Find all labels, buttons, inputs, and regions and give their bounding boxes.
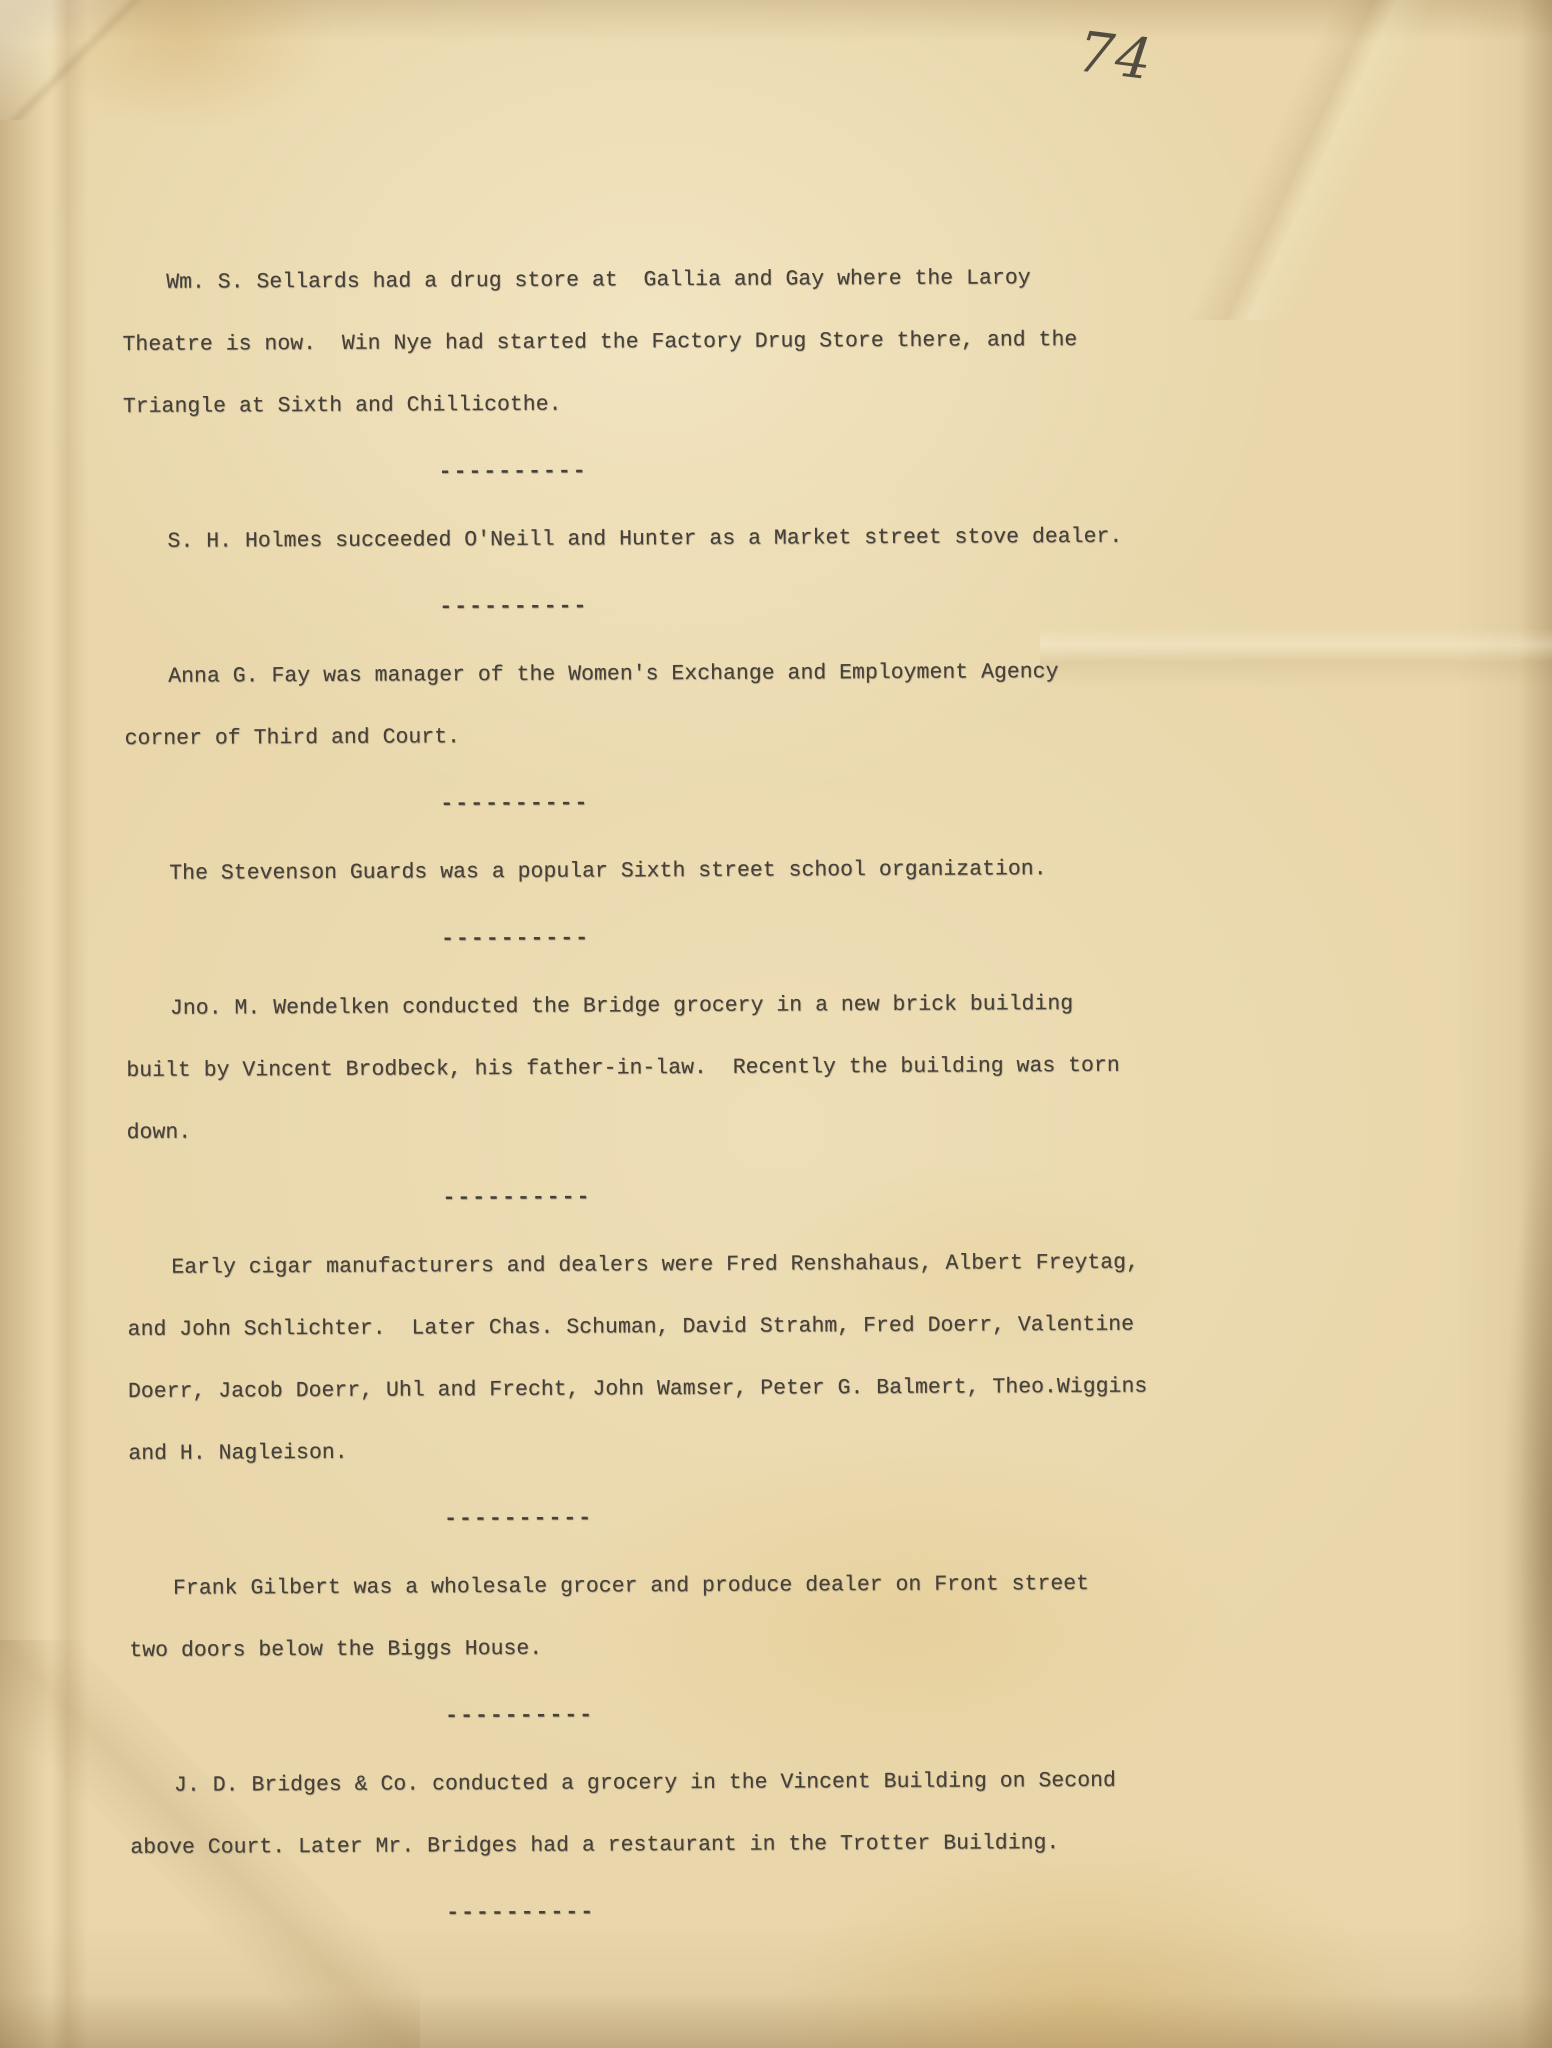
section-divider: ---------- [128, 1484, 1308, 1552]
paragraph-cigar-manufacturers: Early cigar manufacturers and dealers we… [127, 1231, 1308, 1485]
paragraph-holmes: S. H. Holmes succeeded O'Neill and Hunte… [123, 505, 1303, 573]
section-divider: ---------- [131, 1878, 1311, 1946]
paragraph-stevenson-guards: The Stevenson Guards was a popular Sixth… [125, 837, 1305, 905]
paragraph-bridges: J. D. Bridges & Co. conducted a grocery … [130, 1749, 1311, 1879]
text-line: Frank Gilbert was a wholesale grocer and… [129, 1552, 1309, 1620]
text-line: built by Vincent Brodbeck, his father-in… [126, 1034, 1306, 1102]
paragraph-wendelken: Jno. M. Wendelken conducted the Bridge g… [126, 972, 1307, 1164]
section-divider: ---------- [123, 437, 1303, 505]
handwritten-page-number: 74 [1074, 20, 1157, 94]
section-divider: ---------- [124, 572, 1304, 640]
text-line: Jno. M. Wendelken conducted the Bridge g… [126, 972, 1306, 1040]
section-divider: ---------- [125, 904, 1305, 972]
text-line: Early cigar manufacturers and dealers we… [127, 1231, 1307, 1299]
text-line: and John Schlichter. Later Chas. Schuman… [127, 1293, 1307, 1361]
text-line: The Stevenson Guards was a popular Sixth… [125, 837, 1305, 905]
typewritten-content: Wm. S. Sellards had a drug store at Gall… [122, 246, 1311, 1952]
section-divider: ---------- [127, 1163, 1307, 1231]
text-line: Triangle at Sixth and Chillicothe. [123, 370, 1303, 438]
text-line: J. D. Bridges & Co. conducted a grocery … [130, 1749, 1310, 1817]
paragraph-fay: Anna G. Fay was manager of the Women's E… [124, 640, 1305, 770]
text-line: Theatre is now. Win Nye had started the … [122, 308, 1302, 376]
text-line: Anna G. Fay was manager of the Women's E… [124, 640, 1304, 708]
paragraph-gilbert: Frank Gilbert was a wholesale grocer and… [129, 1552, 1310, 1682]
text-line: and H. Nagleison. [128, 1417, 1308, 1485]
text-line: Wm. S. Sellards had a drug store at Gall… [122, 246, 1302, 314]
section-divider: ---------- [125, 769, 1305, 837]
text-line: down. [126, 1096, 1306, 1164]
text-line: S. H. Holmes succeeded O'Neill and Hunte… [123, 505, 1303, 573]
paragraph-sellards: Wm. S. Sellards had a drug store at Gall… [122, 246, 1303, 438]
text-line: corner of Third and Court. [124, 702, 1304, 770]
scanned-document-page: 74 Wm. S. Sellards had a drug store at G… [0, 0, 1552, 2048]
text-line: Doerr, Jacob Doerr, Uhl and Frecht, John… [128, 1355, 1308, 1423]
section-divider: ---------- [130, 1681, 1310, 1749]
text-line: above Court. Later Mr. Bridges had a res… [130, 1811, 1310, 1879]
text-line: two doors below the Biggs House. [129, 1614, 1309, 1682]
